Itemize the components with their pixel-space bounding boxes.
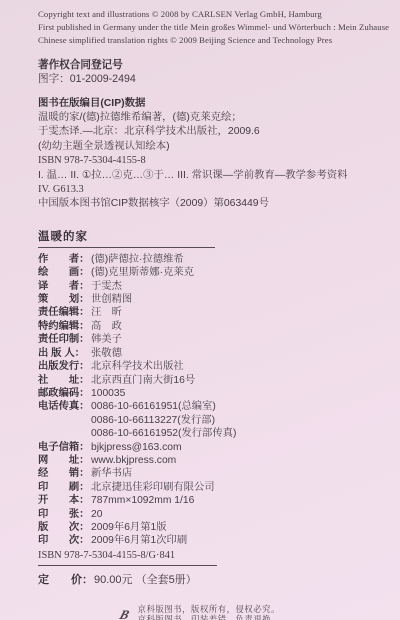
- translation-rights-line: Chinese simplified translation rights © …: [38, 34, 392, 47]
- colophon-value: (德)克里斯蒂娜·克莱克: [91, 267, 194, 278]
- colophon-value: bjkjpress@163.com: [91, 442, 182, 453]
- colophon-value: 20: [91, 509, 102, 520]
- cip-line-translator-publisher: 于雯杰译.—北京：北京科学技术出版社，2009.6: [38, 125, 392, 139]
- colophon-value: 韩美子: [91, 334, 122, 345]
- colophon-row-format: 开 本：787mm×1092mm 1/16: [38, 494, 392, 507]
- colophon-row-email: 电子信箱：bjkjpress@163.com: [38, 441, 392, 454]
- colophon-rows: 作 者：(德)萨德拉·拉德维希 绘 画：(德)克里斯蒂娜·克莱克 译 者：于雯杰…: [38, 253, 392, 548]
- colophon-value: 汪 昕: [91, 307, 122, 318]
- colophon-value: 新华书店: [91, 468, 132, 479]
- colophon-row-phone-fax-3: 0086-10-66161952(发行部传真): [38, 427, 392, 440]
- colophon-row-printing: 印 次：2009年6月第1次印刷: [38, 534, 392, 547]
- colophon-row-publishing-house: 出版发行：北京科学技术出版社: [38, 360, 392, 373]
- cip-line-isbn: ISBN 978-7-5304-4155-8: [38, 154, 392, 168]
- colophon-row-printer: 印 刷：北京捷迅佳彩印刷有限公司: [38, 481, 392, 494]
- colophon-row-website: 网 址：www.bkjpress.com: [38, 454, 392, 467]
- colophon-label: 电子信箱：: [38, 441, 91, 454]
- footer-notice: B 京科版图书，版权所有，侵权必究。 京科版图书，印装差错，负责退换。: [120, 604, 392, 620]
- cip-block: 图书在版编目(CIP)数据 温暖的家/(德)拉德维希编著，(德)克莱克绘； 于雯…: [38, 97, 392, 212]
- colophon-value: 0086-10-66161952(发行部传真): [91, 428, 236, 439]
- colophon-title-block: 温暖的家: [38, 228, 392, 248]
- colophon-label: 电话传真：: [38, 400, 91, 413]
- price-value: 90.00元 （全套5册）: [94, 574, 197, 586]
- colophon-row-editor: 责任编辑：汪 昕: [38, 306, 392, 319]
- colophon-label: 出 版 人：: [38, 347, 91, 360]
- colophon-row-publisher-person: 出 版 人：张敬德: [38, 347, 392, 360]
- footer-notice-lines: 京科版图书，版权所有，侵权必究。 京科版图书，印装差错，负责退换。: [138, 604, 280, 620]
- isbn-line: ISBN 978-7-5304-4155-8/G·841: [38, 549, 392, 563]
- colophon-label: 版 次：: [38, 521, 91, 534]
- english-copyright-header: Copyright text and illustrations © 2008 …: [38, 8, 392, 47]
- colophon-label: 印 次：: [38, 534, 91, 547]
- cip-title: 图书在版编目(CIP)数据: [38, 97, 392, 111]
- colophon-label: 译 者：: [38, 280, 91, 293]
- colophon-value: 2009年6月第1版: [91, 522, 167, 533]
- cip-record-number: 中国版本图书馆CIP数据核字（2009）第063449号: [38, 197, 392, 211]
- registration-title: 著作权合同登记号: [38, 59, 392, 73]
- colophon-value: 于雯杰: [91, 281, 122, 292]
- copyright-line: Copyright text and illustrations © 2008 …: [38, 8, 392, 21]
- colophon-row-edition: 版 次：2009年6月第1版: [38, 521, 392, 534]
- colophon-value: 高 政: [91, 321, 122, 332]
- price-row: 定 价：90.00元 （全套5册）: [38, 573, 392, 588]
- cip-line-class-number: IV. G613.3: [38, 183, 392, 197]
- registration-block: 著作权合同登记号 图字：01-2009-2494: [38, 59, 392, 87]
- colophon-label: 印 刷：: [38, 481, 91, 494]
- price-label: 定 价：: [38, 573, 94, 588]
- colophon-label: 出版发行：: [38, 360, 91, 373]
- registration-number: 图字：01-2009-2494: [38, 73, 392, 87]
- colophon-label: 作 者：: [38, 253, 91, 266]
- colophon-value: 0086-10-66113227(发行部): [91, 415, 215, 426]
- colophon-value: (德)萨德拉·拉德维希: [91, 254, 184, 265]
- colophon-value: 787mm×1092mm 1/16: [91, 495, 194, 506]
- copyright-notice-line: 京科版图书，版权所有，侵权必究。: [138, 604, 280, 615]
- book-title: 温暖的家: [38, 228, 392, 244]
- isbn-divider: [38, 565, 217, 566]
- cip-line-series: (幼幼主题全景透视认知绘本): [38, 140, 392, 154]
- colophon-value: www.bkjpress.com: [91, 455, 176, 466]
- colophon-row-planner: 策 划：世创精图: [38, 293, 392, 306]
- colophon-row-author: 作 者：(德)萨德拉·拉德维希: [38, 253, 392, 266]
- return-policy-line: 京科版图书，印装差错，负责退换。: [138, 614, 280, 620]
- colophon-row-print-supervisor: 责任印制：韩美子: [38, 333, 392, 346]
- colophon-value: 北京捷迅佳彩印刷有限公司: [91, 482, 215, 493]
- colophon-value: 世创精图: [91, 294, 132, 305]
- cip-line-classification: I. 温… II. ①拉…②克…③于… III. 常识课—学前教育—教学参考资料: [38, 169, 392, 183]
- colophon-row-distributor: 经 销：新华书店: [38, 467, 392, 480]
- first-published-line: First published in Germany under the tit…: [38, 21, 392, 34]
- colophon-value: 北京西直门南大街16号: [91, 375, 195, 386]
- colophon-label: 经 销：: [38, 467, 91, 480]
- colophon-row-phone-fax-2: 0086-10-66113227(发行部): [38, 414, 392, 427]
- colophon-row-special-editor: 特约编辑：高 政: [38, 320, 392, 333]
- colophon-row-phone-fax: 电话传真：0086-10-66161951(总编室): [38, 400, 392, 413]
- colophon-value: 2009年6月第1次印刷: [91, 535, 187, 546]
- colophon-label: 责任印制：: [38, 333, 91, 346]
- colophon-value: 100035: [91, 388, 125, 399]
- colophon-label: 社 址：: [38, 374, 91, 387]
- colophon-label: 责任编辑：: [38, 306, 91, 319]
- cip-line-title-authors: 温暖的家/(德)拉德维希编著，(德)克莱克绘；: [38, 111, 392, 125]
- colophon-label: 特约编辑：: [38, 320, 91, 333]
- colophon-label: 开 本：: [38, 494, 91, 507]
- colophon-value: 北京科学技术出版社: [91, 361, 184, 372]
- colophon-row-sheets: 印 张：20: [38, 508, 392, 521]
- publisher-logo-icon: B: [117, 607, 131, 620]
- colophon-label: 邮政编码：: [38, 387, 91, 400]
- colophon-value: 张敬德: [91, 348, 122, 359]
- colophon-value: 0086-10-66161951(总编室): [91, 401, 216, 412]
- colophon-row-illustrator: 绘 画：(德)克里斯蒂娜·克莱克: [38, 266, 392, 279]
- colophon-row-translator: 译 者：于雯杰: [38, 280, 392, 293]
- colophon-label: 策 划：: [38, 293, 91, 306]
- book-copyright-page: Copyright text and illustrations © 2008 …: [0, 0, 400, 620]
- colophon-row-postcode: 邮政编码：100035: [38, 387, 392, 400]
- colophon-row-address: 社 址：北京西直门南大街16号: [38, 374, 392, 387]
- colophon-label: 网 址：: [38, 454, 91, 467]
- colophon-label: 印 张：: [38, 508, 91, 521]
- title-underline: [38, 247, 215, 248]
- colophon-label: 绘 画：: [38, 266, 91, 279]
